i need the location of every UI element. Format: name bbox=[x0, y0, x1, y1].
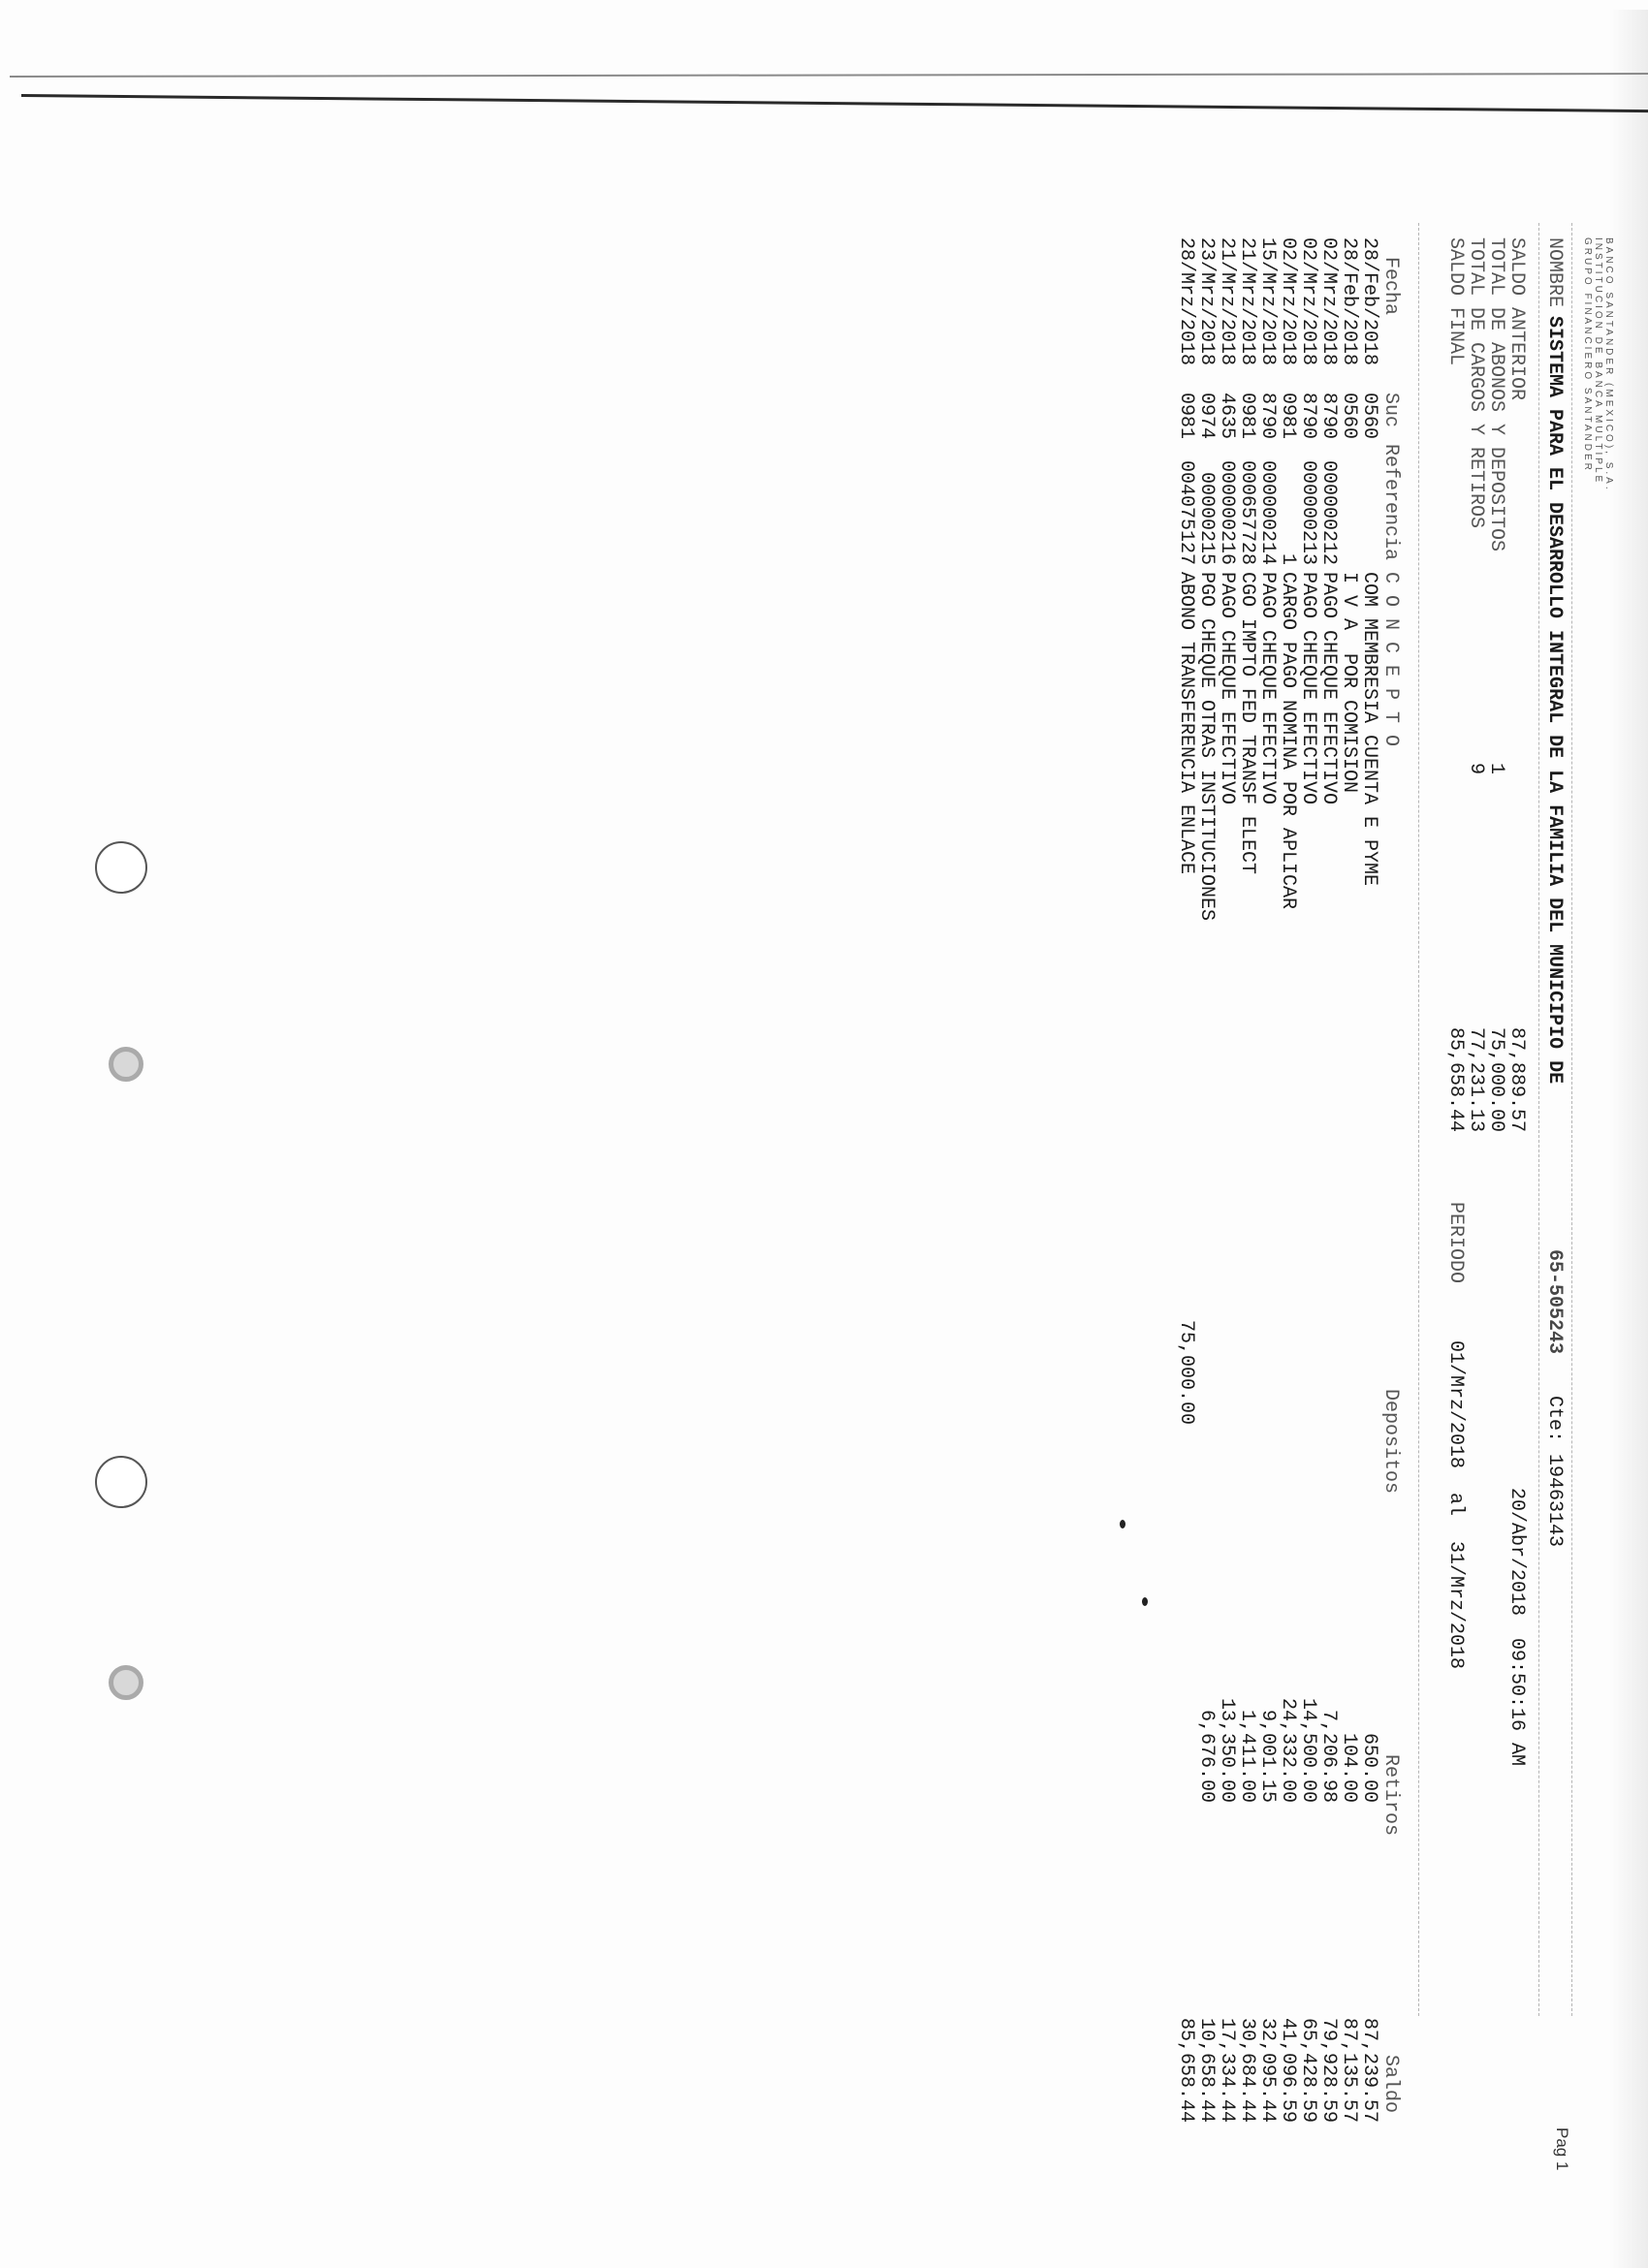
row-concepto: PGO CHEQUE OTRAS INSTITUCIONES bbox=[1196, 572, 1217, 1250]
row-concepto: CGO IMPTO FED TRANSF ELECT bbox=[1237, 572, 1257, 1250]
row-fecha: 23/Mrz/2018 bbox=[1196, 237, 1217, 393]
row-saldo: 41,096.59 bbox=[1278, 1987, 1298, 2123]
cargos-total: 77,231.13 bbox=[1466, 1027, 1486, 1132]
print-time: 09:50:16 AM bbox=[1506, 1638, 1527, 1766]
row-fecha: 02/Mrz/2018 bbox=[1318, 237, 1339, 393]
row-suc: 8790 bbox=[1298, 393, 1318, 451]
row-fecha: 28/Mrz/2018 bbox=[1176, 237, 1196, 393]
row-retiro: 1,411.00 bbox=[1237, 1619, 1257, 1803]
row-saldo: 30,684.44 bbox=[1237, 1987, 1257, 2123]
row-referencia: 000000214 bbox=[1257, 444, 1278, 565]
row-saldo: 32,095.44 bbox=[1257, 1987, 1278, 2123]
bank-group-line: GRUPO FINANCIERO SANTANDER bbox=[1582, 237, 1592, 473]
nombre-label: NOMBRE bbox=[1544, 237, 1565, 307]
row-retiro: 13,350.00 bbox=[1217, 1619, 1237, 1803]
bank-institution-line: INSTITUCION DE BANCA MULTIPLE bbox=[1593, 237, 1602, 485]
row-concepto: PAGO CHEQUE EFECTIVO bbox=[1217, 572, 1237, 1250]
row-fecha: 02/Mrz/2018 bbox=[1278, 237, 1298, 393]
row-saldo: 65,428.59 bbox=[1298, 1987, 1318, 2123]
row-concepto: PAGO CHEQUE EFECTIVO bbox=[1318, 572, 1339, 1250]
row-suc: 0560 bbox=[1339, 393, 1359, 451]
row-fecha: 21/Mrz/2018 bbox=[1217, 237, 1237, 393]
row-retiro: 104.00 bbox=[1339, 1619, 1359, 1803]
cliente-number: 19463143 bbox=[1544, 1454, 1565, 1547]
row-saldo: 87,135.57 bbox=[1339, 1987, 1359, 2123]
row-concepto: ABONO TRANSFERENCIA ENLACE bbox=[1176, 572, 1196, 1250]
row-saldo: 17,334.44 bbox=[1217, 1987, 1237, 2123]
row-concepto: COM MEMBRESIA CUENTA E PYME bbox=[1359, 572, 1379, 1250]
print-date: 20/Abr/2018 bbox=[1506, 1488, 1527, 1616]
abonos-total: 75,000.00 bbox=[1486, 1027, 1506, 1132]
row-referencia: 000657728 bbox=[1237, 444, 1257, 565]
row-referencia: 1 bbox=[1278, 444, 1298, 565]
row-saldo: 10,658.44 bbox=[1196, 1987, 1217, 2123]
cliente-label: Cte: bbox=[1544, 1396, 1565, 1442]
overstruck-account-number: 65-505243 bbox=[1544, 1249, 1565, 1354]
row-retiro: 24,332.00 bbox=[1278, 1619, 1298, 1803]
saldo-anterior-label: SALDO ANTERIOR bbox=[1506, 237, 1527, 400]
periodo-from: 01/Mrz/2018 bbox=[1445, 1340, 1466, 1468]
row-suc: 4635 bbox=[1217, 393, 1237, 451]
row-concepto: PAGO CHEQUE EFECTIVO bbox=[1257, 572, 1278, 1250]
row-saldo: 87,239.57 bbox=[1359, 1987, 1379, 2123]
saldo-anterior-value: 87,889.57 bbox=[1506, 1027, 1527, 1163]
cargos-label: TOTAL DE CARGOS Y RETIROS bbox=[1466, 237, 1486, 528]
row-suc: 0974 bbox=[1196, 393, 1217, 451]
divider bbox=[1538, 223, 1539, 2016]
row-retiro: 6,676.00 bbox=[1196, 1619, 1217, 1803]
row-referencia: 000000212 bbox=[1318, 444, 1339, 565]
row-fecha: 28/Feb/2018 bbox=[1359, 237, 1379, 393]
row-fecha: 15/Mrz/2018 bbox=[1257, 237, 1278, 393]
abonos-label: TOTAL DE ABONOS Y DEPOSITOS bbox=[1486, 237, 1506, 551]
row-suc: 0981 bbox=[1176, 393, 1196, 451]
row-suc: 8790 bbox=[1257, 393, 1278, 451]
row-suc: 0981 bbox=[1278, 393, 1298, 451]
periodo-label: PERIODO bbox=[1445, 1202, 1466, 1283]
divider bbox=[1418, 223, 1419, 2016]
bank-statement: BANCO SANTANDER (MEXICO), S.A. INSTITUCI… bbox=[0, 0, 1648, 2268]
col-concepto: C O N C E P T O bbox=[1380, 572, 1401, 746]
row-concepto: I V A POR COMISION bbox=[1339, 572, 1359, 1250]
row-fecha: 28/Feb/2018 bbox=[1339, 237, 1359, 393]
row-referencia: 000000216 bbox=[1217, 444, 1237, 565]
row-fecha: 21/Mrz/2018 bbox=[1237, 237, 1257, 393]
col-depositos: Depositos bbox=[1380, 1389, 1401, 1494]
row-concepto: PAGO CHEQUE EFECTIVO bbox=[1298, 572, 1318, 1250]
bank-name-line: BANCO SANTANDER (MEXICO), S.A. bbox=[1603, 237, 1613, 492]
row-fecha: 02/Mrz/2018 bbox=[1298, 237, 1318, 393]
col-suc: Suc bbox=[1380, 393, 1401, 427]
row-saldo: 85,658.44 bbox=[1176, 1987, 1196, 2123]
col-fecha: Fecha bbox=[1380, 257, 1401, 315]
row-referencia: 000000213 bbox=[1298, 444, 1318, 565]
divider bbox=[1571, 223, 1572, 2016]
row-referencia: 00000215 bbox=[1196, 444, 1217, 565]
periodo-separator: al bbox=[1445, 1493, 1466, 1516]
col-retiros: Retiros bbox=[1380, 1754, 1401, 1836]
row-retiro: 7,206.98 bbox=[1318, 1619, 1339, 1803]
row-saldo: 79,928.59 bbox=[1318, 1987, 1339, 2123]
row-retiro: 14,500.00 bbox=[1298, 1619, 1318, 1803]
row-suc: 0560 bbox=[1359, 393, 1379, 451]
cargos-count: 9 bbox=[1466, 763, 1486, 774]
saldo-final-label: SALDO FINAL bbox=[1445, 237, 1466, 365]
saldo-final-value: 85,658.44 bbox=[1445, 1027, 1466, 1132]
row-deposito: 75,000.00 bbox=[1176, 1279, 1196, 1425]
row-retiro: 650.00 bbox=[1359, 1619, 1379, 1803]
row-suc: 8790 bbox=[1318, 393, 1339, 451]
row-concepto: CARGO PAGO NOMINA POR APLICAR bbox=[1278, 572, 1298, 1250]
col-saldo: Saldo bbox=[1380, 2055, 1401, 2113]
row-retiro: 9,001.15 bbox=[1257, 1619, 1278, 1803]
account-holder-name: SISTEMA PARA EL DESARROLLO INTEGRAL DE L… bbox=[1544, 316, 1565, 1084]
row-referencia: 004075127 bbox=[1176, 444, 1196, 565]
abonos-count: 1 bbox=[1486, 763, 1506, 774]
periodo-to: 31/Mrz/2018 bbox=[1445, 1541, 1466, 1669]
page-number: Pag 1 bbox=[1552, 2127, 1572, 2170]
row-suc: 0981 bbox=[1237, 393, 1257, 451]
col-referencia: Referencia bbox=[1380, 444, 1401, 560]
